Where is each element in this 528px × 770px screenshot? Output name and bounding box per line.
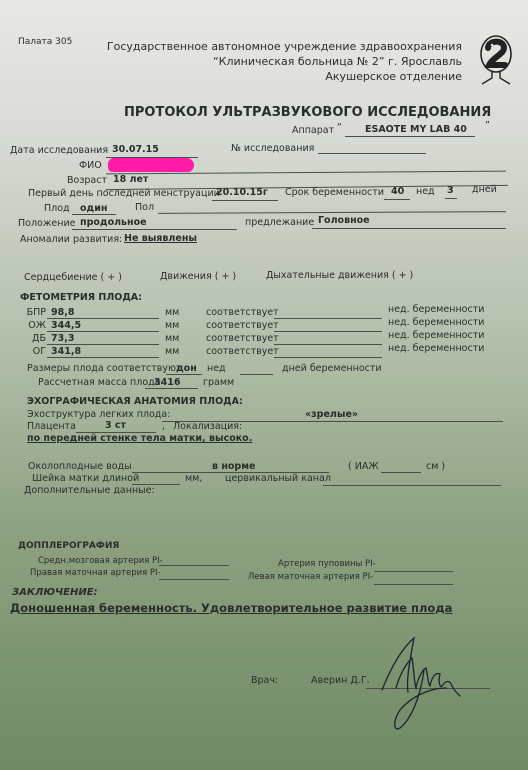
- fetometry-row-label: ДБ: [32, 333, 46, 345]
- weight-value: 3416: [154, 377, 180, 389]
- afi-label: ( ИАЖ: [348, 461, 379, 473]
- fetus-value: один: [80, 203, 107, 215]
- cervical-canal-underline: [323, 485, 501, 486]
- fetometry-row-weeks-underline: [274, 344, 382, 345]
- fetometry-row-unit: мм: [165, 333, 179, 345]
- sex-label: Пол: [135, 202, 154, 214]
- cervix-unit: мм,: [185, 473, 202, 485]
- gestation-label: Срок беременности: [285, 187, 384, 199]
- afi-unit: см ): [426, 461, 445, 473]
- ward-number: Палата 305: [18, 36, 72, 48]
- localization-value: по передней стенке тела матки, высоко.: [27, 433, 252, 445]
- size-match-days-label: дней беременности: [282, 363, 382, 375]
- weight-unit: грамм: [203, 377, 234, 389]
- anatomy-heading: ЭХОГРАФИЧЕСКАЯ АНАТОМИЯ ПЛОДА:: [27, 396, 243, 408]
- gestation-weeks-underline: [384, 199, 410, 200]
- fetometry-row-corresponds: соответствует: [206, 346, 279, 358]
- size-match-label: Размеры плода соответствуют: [27, 363, 182, 375]
- anomalies-value: Не выявлены: [124, 233, 197, 245]
- umbilical-artery-underline: [374, 571, 453, 572]
- fetometry-row-weeks-label: нед. беременности: [388, 330, 484, 342]
- conclusion-text: Доношенная беременность. Удовлетворитель…: [10, 602, 452, 614]
- mca-label: Средн.мозговая артерия PI-: [38, 555, 163, 567]
- device-underline: [345, 136, 475, 137]
- fetometry-row-unit: мм: [165, 346, 179, 358]
- sex-underline: [158, 211, 506, 214]
- redacted-name: [108, 158, 194, 172]
- size-match-weeks-unit: нед: [207, 363, 226, 375]
- lmp-value: 20.10.15г: [216, 187, 268, 199]
- fetometry-row-value: 98,8: [51, 307, 74, 319]
- position-label: Положение: [18, 218, 75, 230]
- placenta-label: Плацента: [27, 421, 76, 433]
- fio-label: ФИО: [79, 160, 102, 172]
- fetometry-row-weeks-label: нед. беременности: [388, 304, 484, 316]
- fetometry-row-value: 73,3: [51, 333, 74, 345]
- left-uterine-artery-underline: [374, 584, 453, 585]
- fetometry-row-weeks-label: нед. беременности: [388, 343, 484, 355]
- right-uterine-artery-label: Правая маточная артерия PI-: [30, 567, 161, 579]
- fetometry-heading: ФЕТОМЕТРИЯ ПЛОДА:: [20, 292, 142, 304]
- movements-status: Движения ( + ): [160, 271, 236, 283]
- position-value: продольное: [80, 217, 147, 229]
- fetometry-row-label: ОГ: [33, 346, 46, 358]
- lmp-underline: [212, 200, 278, 201]
- amniotic-fluid-label: Околоплодные воды: [28, 461, 132, 473]
- age-value: 18 лет: [113, 174, 148, 186]
- exam-date-label: Дата исследования: [10, 145, 108, 157]
- age-label: Возраст: [67, 175, 107, 187]
- fetometry-row-unit: мм: [165, 320, 179, 332]
- doctor-signature-icon: [370, 630, 490, 740]
- heartbeat-status: Сердцебиение ( + ): [24, 272, 122, 284]
- institution-line-3: Акушерское отделение: [325, 70, 462, 84]
- hospital-logo-icon: [474, 34, 518, 88]
- placenta-comma: ,: [162, 421, 165, 433]
- gestation-days-value: 3: [447, 185, 454, 197]
- position-underline: [72, 229, 237, 230]
- doppler-heading: ДОППЛЕРОГРАФИЯ: [18, 540, 119, 552]
- device-value: ESAOTE MY LAB 40: [365, 124, 467, 136]
- fetometry-row-weeks-underline: [274, 331, 382, 332]
- umbilical-artery-label: Артерия пуповины PI-: [278, 558, 376, 570]
- presentation-label: предлежание: [245, 217, 314, 229]
- presentation-value: Головное: [318, 215, 370, 227]
- mca-underline: [159, 565, 229, 566]
- anomalies-label: Аномалии развития:: [20, 234, 122, 246]
- gestation-days-underline: [445, 198, 457, 199]
- fetometry-row-unit: мм: [165, 307, 179, 319]
- ultrasound-protocol-document: Палата 305 Государственное автономное уч…: [0, 0, 528, 770]
- localization-label: Локализация:: [173, 421, 242, 433]
- fetometry-row-weeks-label: нед. беременности: [388, 317, 484, 329]
- right-uterine-artery-underline: [159, 579, 229, 580]
- amniotic-fluid-value: в норме: [212, 461, 255, 473]
- device-close-quote: ”: [485, 120, 490, 132]
- fetometry-row-label: БПР: [27, 307, 46, 319]
- fetometry-row-corresponds: соответствует: [206, 320, 279, 332]
- device-open-quote: “: [337, 122, 342, 134]
- fetometry-row-value: 341,8: [51, 346, 81, 358]
- exam-number-label: № исследования: [231, 143, 314, 155]
- afi-underline: [381, 472, 421, 473]
- institution-line-1: Государственное автономное учреждение зд…: [107, 40, 462, 54]
- fetometry-row-corresponds: соответствует: [206, 307, 279, 319]
- gestation-weeks-value: 40: [391, 186, 404, 198]
- exam-number-underline: [318, 153, 426, 154]
- gestation-weeks-unit: нед: [416, 186, 435, 198]
- cervix-label: Шейка матки длиной: [32, 473, 139, 485]
- additional-data-label: Дополнительные данные:: [24, 485, 155, 497]
- doctor-name: Аверин Д.Г.: [311, 675, 370, 687]
- breathing-status: Дыхательные движения ( + ): [266, 270, 413, 282]
- fetometry-row-weeks-underline: [274, 318, 382, 319]
- fetometry-row-value: 344,5: [51, 320, 81, 332]
- page-title: ПРОТОКОЛ УЛЬТРАЗВУКОВОГО ИССЛЕДОВАНИЯ: [124, 107, 491, 119]
- doctor-label: Врач:: [251, 675, 278, 687]
- presentation-underline: [312, 228, 506, 229]
- lmp-label: Первый день последней менструации: [28, 188, 220, 200]
- fetus-label: Плод: [44, 203, 70, 215]
- weight-label: Рассчетная масса плода: [38, 377, 161, 389]
- fetometry-row-corresponds: соответствует: [206, 333, 279, 345]
- placenta-value: 3 ст: [105, 420, 126, 432]
- fetometry-row-weeks-underline: [274, 357, 382, 358]
- left-uterine-artery-label: Левая маточная артерия PI-: [248, 571, 373, 583]
- size-match-days-underline: [240, 374, 273, 375]
- exam-date-value: 30.07.15: [112, 144, 159, 156]
- conclusion-heading: ЗАКЛЮЧЕНИЕ:: [12, 587, 98, 599]
- device-label: Аппарат: [292, 125, 334, 137]
- fetometry-row-label: ОЖ: [28, 320, 46, 332]
- institution-line-2: “Клиническая больница № 2” г. Ярославль: [213, 55, 462, 69]
- size-match-weeks-value: дон: [176, 363, 197, 375]
- lungs-value: «зрелые»: [305, 409, 358, 421]
- cervical-canal-label: цервикальный канал: [225, 473, 331, 485]
- lungs-label: Эхоструктура легких плода:: [27, 409, 170, 421]
- gestation-days-unit: дней: [472, 184, 497, 196]
